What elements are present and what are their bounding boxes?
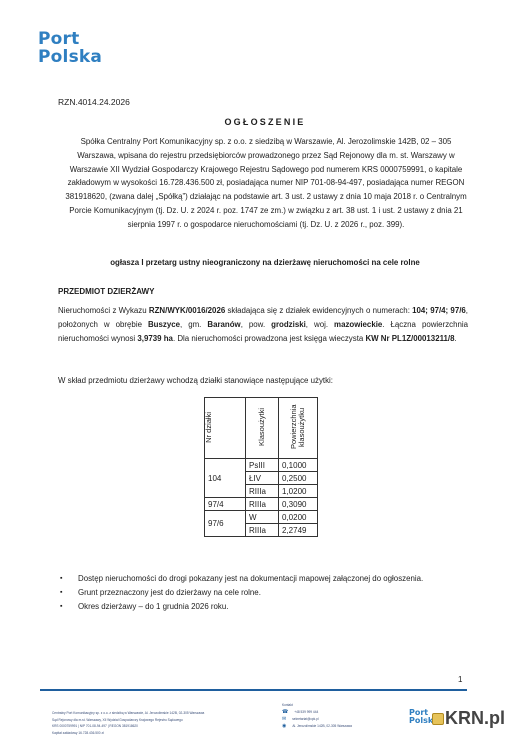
logo-line-1: Port [38,30,102,48]
gmina: Baranów [207,320,240,329]
area-cell: 0,2500 [279,472,318,485]
watermark-text: KRN.pl [445,708,505,728]
header-land-class: Klasoużytki [246,398,279,459]
text: , gm. [180,320,207,329]
intro-paragraph: Spółka Centralny Port Komunikacyjny sp. … [62,135,470,232]
list-item: Grunt przeznaczony jest do dzierżawy na … [78,586,478,600]
area-cell: 0,0200 [279,511,318,524]
footer-line: Kapitał zakładowy 16.728.436.500 zł [52,730,252,737]
address: Al. Jerozolimskie 142B, 02-305 Warszawa [292,724,352,728]
text: , woj. [306,320,334,329]
text: . [455,334,457,343]
phone-icon: ☎ [282,709,288,715]
email: sekretariat@cpk.pl [292,717,318,721]
location-icon: ◉ [282,723,286,729]
table-row: 97/4RIIIa0,3090 [205,498,318,511]
plot-number-cell: 97/6 [205,511,246,537]
email-icon: ✉ [282,716,286,722]
phone: +48 539 999 444 [294,710,318,714]
footer-contact: Kontakt ☎+48 539 999 444 ✉sekretariat@cp… [282,702,352,730]
plot-number-cell: 104 [205,459,246,498]
terms-list: Dostęp nieruchomości do drogi pokazany j… [58,572,478,614]
area-cell: 2,2749 [279,524,318,537]
text: . Dla nieruchomości prowadzona jest księ… [173,334,366,343]
header-class-area: Powierzchnia klasoużytku [279,398,318,459]
port-polska-logo: Port Polska [38,30,102,66]
contact-label: Kontakt [282,702,352,709]
section-heading: PRZEDMIOT DZIERŻAWY [58,287,154,296]
logo-line-2: Polska [38,48,102,66]
text: , pow. [241,320,271,329]
area-cell: 1,0200 [279,485,318,498]
lock-icon [432,713,444,725]
land-class-cell: W [246,511,279,524]
area-cell: 0,3090 [279,498,318,511]
watermark: KRN.pl [432,708,505,729]
text: składająca się z działek ewidencyjnych o… [225,306,412,315]
wojewodztwo: mazowieckie [334,320,382,329]
table-row: 104PsIII0,1000 [205,459,318,472]
table-row: 97/6W0,0200 [205,511,318,524]
wykaz-number: RZN/WYK/0016/2026 [149,306,225,315]
land-class-cell: ŁIV [246,472,279,485]
announcement-line: ogłasza I przetarg ustny nieograniczony … [60,258,470,267]
obreb: Buszyce [148,320,180,329]
powiat: grodziski [271,320,306,329]
document-title: OGŁOSZENIE [0,117,530,127]
land-class-cell: RIIIa [246,524,279,537]
plot-number-cell: 97/4 [205,498,246,511]
list-item: Dostęp nieruchomości do drogi pokazany j… [78,572,478,586]
plot-numbers: 104; 97/4; 97/6 [412,306,466,315]
subject-paragraph: Nieruchomości z Wykazu RZN/WYK/0016/2026… [58,304,468,346]
list-item: Okres dzierżawy – do 1 grudnia 2026 roku… [78,600,478,614]
page-number: 1 [458,675,462,684]
footer-divider [40,689,467,691]
table-lead: W skład przedmiotu dzierżawy wchodzą dzi… [58,376,333,385]
total-area: 3,9739 ha [137,334,173,343]
header-plot-number: Nr działki [205,398,246,459]
land-class-cell: RIIIa [246,485,279,498]
land-register-number: KW Nr PL1Z/00013211/8 [365,334,454,343]
land-class-cell: PsIII [246,459,279,472]
text: Nieruchomości z Wykazu [58,306,149,315]
land-class-cell: RIIIa [246,498,279,511]
footer-company-info: Centralny Port Komunikacyjny sp. z o.o. … [52,710,252,736]
reference-number: RZN.4014.24.2026 [58,97,130,107]
area-cell: 0,1000 [279,459,318,472]
land-use-table: Nr działki Klasoużytki Powierzchnia klas… [204,397,318,537]
